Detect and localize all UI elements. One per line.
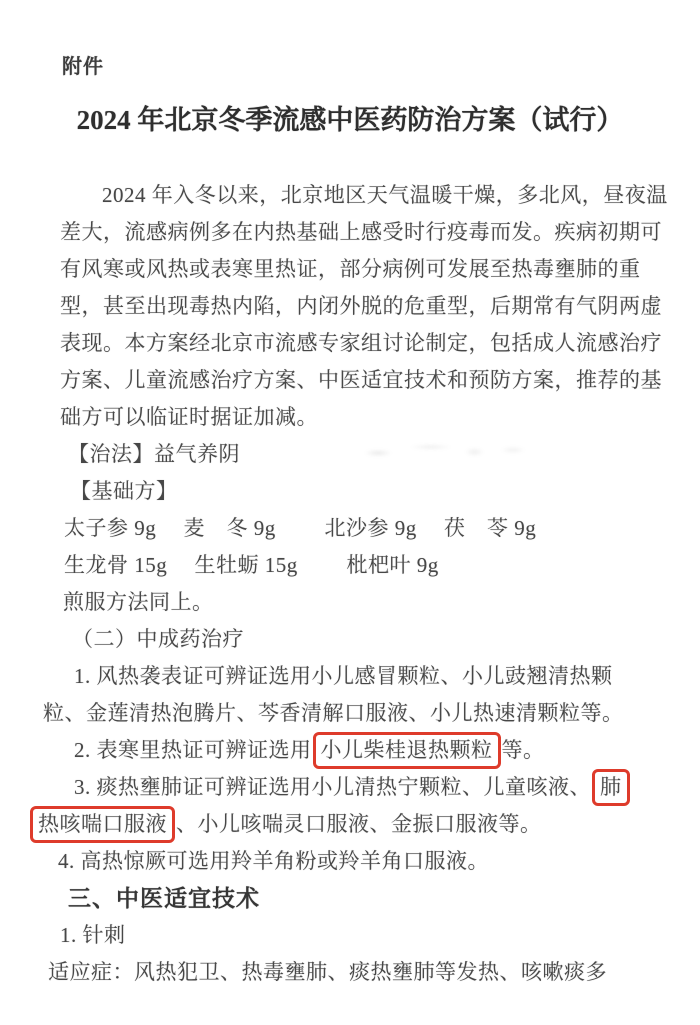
section-heading-techniques: 三、中医适宜技术 (68, 880, 670, 917)
patent-item-1-line-2: 粒、金莲清热泡腾片、芩香清解口服液、小儿热速清颗粒等。 (43, 695, 670, 732)
highlight-box-chaigui-granule: 小儿柴桂退热颗粒 (313, 732, 501, 769)
document-title: 2024 年北京冬季流感中医药防治方案（试行） (0, 98, 700, 137)
intro-line-5: 表现。本方案经北京市流感专家组讨论制定，包括成人流感治疗 (60, 325, 670, 362)
intro-line-2: 差大，流感病例多在内热基础上感受时行疫毒而发。疾病初期可 (60, 214, 670, 251)
patent-item-4: 4. 高热惊厥可选用羚羊角粉或羚羊角口服液。 (58, 843, 670, 880)
patent-item-2-suffix: 等。 (502, 738, 545, 762)
treatment-method-label: 【治法】益气养阴 (68, 436, 670, 473)
intro-line-1: 2024 年入冬以来，北京地区天气温暖干燥，多北风，昼夜温 (60, 177, 670, 214)
intro-line-4: 型，甚至出现毒热内陷，内闭外脱的危重型，后期常有气阴两虚 (60, 288, 670, 325)
document-page: 附件 2024 年北京冬季流感中医药防治方案（试行） 2024 年入冬以来，北京… (0, 0, 700, 1025)
section-heading-patent-medicine: （二）中成药治疗 (72, 621, 670, 658)
intro-line-7: 础方可以临证时据证加减。 (60, 399, 670, 436)
herb-list-row-1: 太子参 9g 麦 冬 9g 北沙参 9g 茯 苓 9g (64, 510, 670, 547)
patent-item-3-text: 3. 痰热壅肺证可辨证选用小儿清热宁颗粒、儿童咳液、 (74, 775, 591, 799)
intro-line-3: 有风寒或风热或表寒里热证，部分病例可发展至热毒壅肺的重 (60, 251, 670, 288)
decoction-note: 煎服方法同上。 (63, 584, 670, 621)
herb-list-row-2: 生龙骨 15g 生牡蛎 15g 枇杷叶 9g (64, 547, 670, 584)
patent-item-3-line-2-suffix: 、小儿咳喘灵口服液、金振口服液等。 (176, 812, 542, 836)
technique-item-1: 1. 针刺 (60, 917, 670, 954)
base-formula-label: 【基础方】 (70, 473, 670, 510)
patent-item-1-line-1: 1. 风热袭表证可辨证选用小儿感冒颗粒、小儿豉翘清热颗 (74, 658, 670, 695)
technique-indications: 适应症：风热犯卫、热毒壅肺、痰热壅肺等发热、咳嗽痰多 (48, 954, 670, 991)
attachment-label: 附件 (62, 50, 104, 79)
highlight-box-fei-char: 肺 (592, 769, 630, 806)
patent-item-3-line-1: 3. 痰热壅肺证可辨证选用小儿清热宁颗粒、儿童咳液、肺 (74, 769, 670, 806)
patent-item-2: 2. 表寒里热证可辨证选用小儿柴桂退热颗粒等。 (74, 732, 670, 769)
document-body: 2024 年入冬以来，北京地区天气温暖干燥，多北风，昼夜温 差大，流感病例多在内… (60, 177, 670, 991)
patent-item-3-line-2: 热咳喘口服液、小儿咳喘灵口服液、金振口服液等。 (29, 806, 670, 843)
intro-line-6: 方案、儿童流感治疗方案、中医适宜技术和预防方案，推荐的基 (60, 362, 670, 399)
patent-item-2-text: 2. 表寒里热证可辨证选用 (74, 738, 312, 762)
highlight-box-rekechuan-oral-liquid: 热咳喘口服液 (30, 806, 175, 843)
